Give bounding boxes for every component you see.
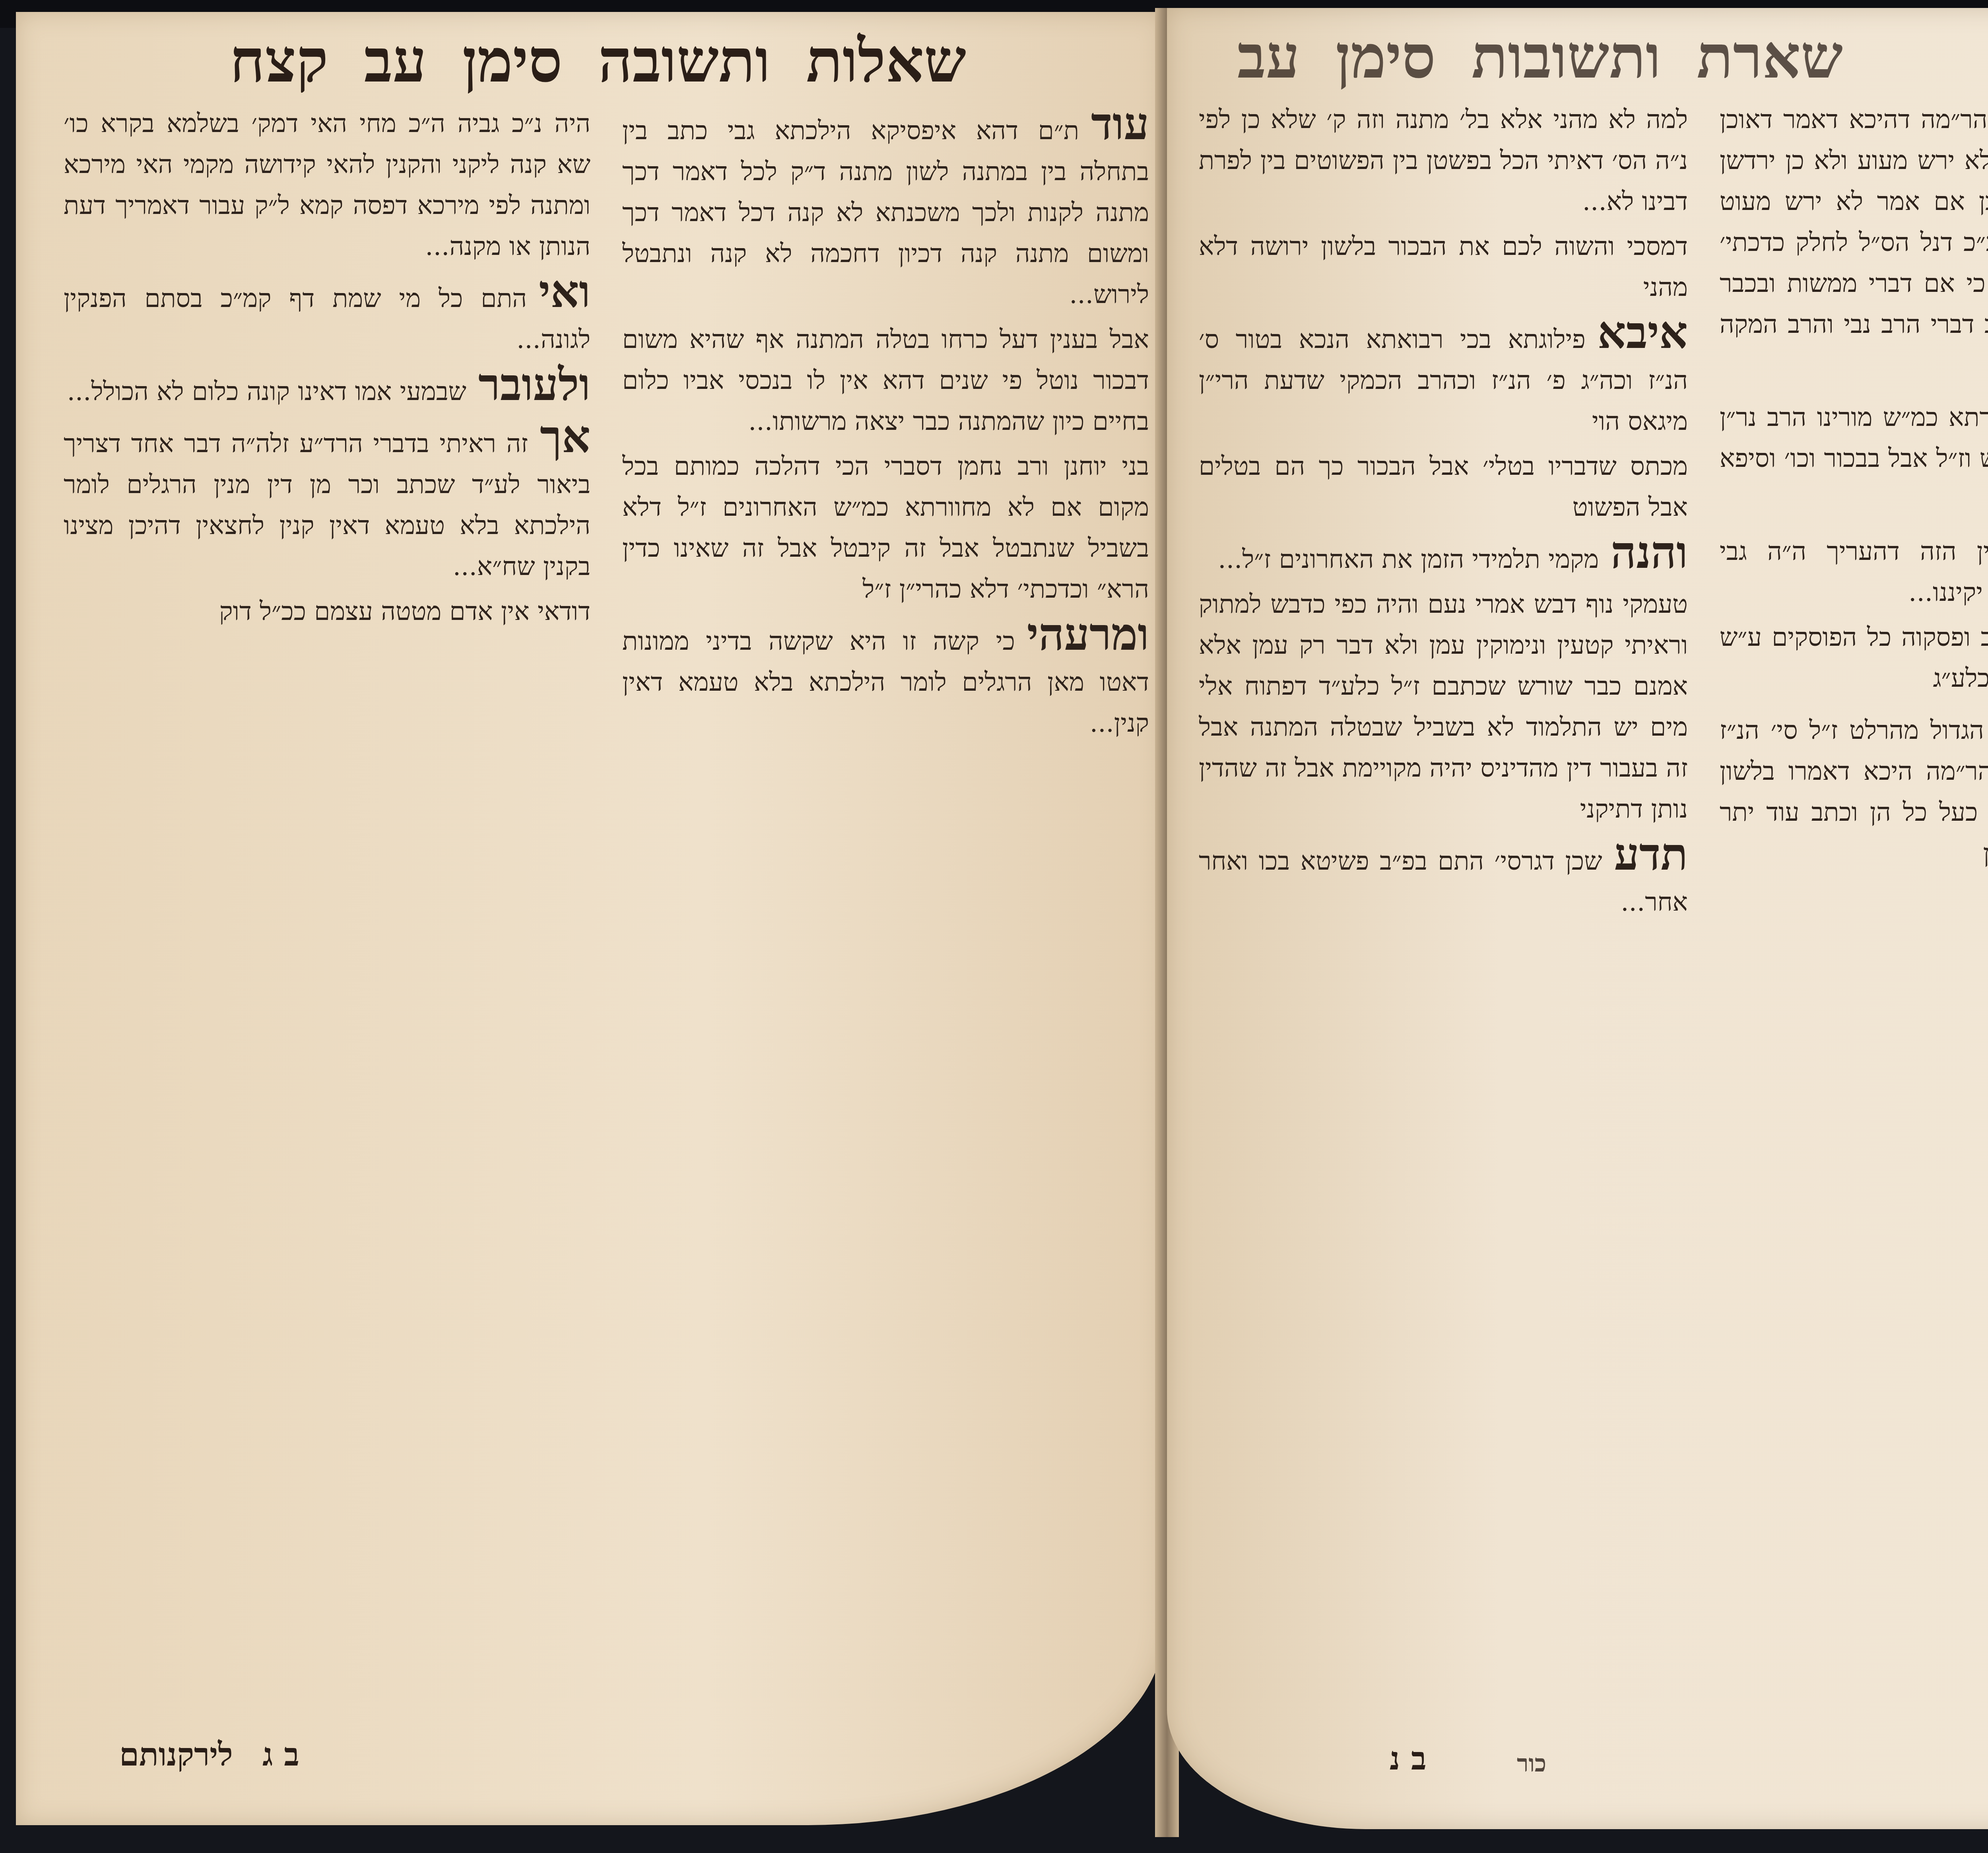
paragraph-text: טעמקי נוף דבש אמרי נעם והיה כפי כדבש למת… xyxy=(1199,590,1688,824)
paragraph: טעמקי נוף דבש אמרי נעם והיה כפי כדבש למת… xyxy=(1199,584,1688,830)
paragraph: ואיהתם כל מי שמת דף קמ״כ בסתם הפנקין לגו… xyxy=(64,271,590,360)
right-page: שארת ותשובות סימן עב בשולחנו שסתור דברי … xyxy=(1167,8,1988,1829)
running-head-word: עב xyxy=(1237,22,1300,92)
paragraph-text: זה ראיתי בדברי הרד״ע זלה״ה דבר אחד דצריך… xyxy=(64,429,590,581)
paragraph-text: דמסכי והשוה לכם את הבכור בלשון ירושה דלא… xyxy=(1199,232,1688,302)
paragraph: מכתס שדבריו בטלי׳ אבל הבכור כך הם בטלים … xyxy=(1199,446,1688,528)
section-opening-word: ולעובר xyxy=(478,359,590,411)
paragraph-text: קוייכו כבור לפשוט ע״כ ופסקוה כל הפוסקים … xyxy=(1720,623,1988,693)
paragraph-text: היה נ״כ גביה ה״כ מחי האי דמק׳ בשלמא בקרא… xyxy=(64,109,590,261)
paragraph: תדעשכן דגרסי׳ התם בפ״ב פשיטא בכו ואחר אח… xyxy=(1199,834,1688,923)
paragraph: איבאפילוגתא בכי רבואתא הנכא בטור ס׳ הנ״ז… xyxy=(1199,312,1688,442)
signature-mark: ב נ xyxy=(1390,1740,1426,1777)
section-opening-word: אך xyxy=(540,411,590,463)
paragraph: עודת״ם דהא איפסיקא הילכתא גבי כתב בין בת… xyxy=(622,103,1149,315)
paragraph: קוייכו כבור לפשוט ע״כ ופסקוה כל הפוסקים … xyxy=(1720,617,1988,699)
paragraph: למה לא מהני אלא בל׳ מתנה וזה ק׳ שלא כן ל… xyxy=(1199,99,1688,222)
left-text-columns: עודת״ם דהא איפסיקא הילכתא גבי כתב בין בת… xyxy=(64,103,1149,1706)
catchword: לירקנותם xyxy=(119,1736,233,1773)
running-head-word: ותשובה xyxy=(598,26,770,96)
section-opening-word: והנה xyxy=(1611,526,1688,579)
paragraph: היה נ״כ גביה ה״כ מחי האי דמק׳ בשלמא בקרא… xyxy=(64,103,590,267)
paragraph: ובתשובהלהרב הגדול מהרלט ז״ל סי׳ הנ״ז ראי… xyxy=(1720,703,1988,874)
left-column-inner: עודת״ם דהא איפסיקא הילכתא גבי כתב בין בת… xyxy=(622,103,1149,1706)
folio-number: קצח xyxy=(230,26,328,96)
paragraph-text: בשולחנו שסתור דברי הר״מה דהיכא דאמר דאוכ… xyxy=(1720,105,1988,380)
paragraph-text: אבל בענין דעל כרחו בטלה המתנה אף שהיא מש… xyxy=(622,325,1149,436)
paragraph: והנהמקמי תלמידי הזמן את האחרונים ז״ל... xyxy=(1199,532,1688,580)
section-opening-word: תדע xyxy=(1614,828,1688,880)
running-head-word: סימן xyxy=(1336,22,1436,92)
left-page: שאלות ותשובה סימן עב קצח עודת״ם דהא איפס… xyxy=(16,12,1165,1825)
section-opening-word: ומרעהי xyxy=(1027,608,1149,660)
paragraph: בני יוחנן ורב נחמן דסברי הכי דהלכה כמותם… xyxy=(622,446,1149,610)
left-running-head: שאלות ותשובה סימן עב קצח xyxy=(230,26,966,96)
paragraph: בשולחנו שסתור דברי הר״מה דהיכא דאמר דאוכ… xyxy=(1720,99,1988,386)
paragraph-text: בני יוחנן ורב נחמן דסברי הכי דהלכה כמותם… xyxy=(622,452,1149,604)
right-running-head: שארת ותשובות סימן עב xyxy=(1237,22,1843,92)
paragraph-text: דודאי אין אדם מטטה עצמם ככ״ל דוק xyxy=(219,597,590,626)
signature-mark: ב ג xyxy=(262,1736,299,1773)
paragraph-text: מקמי תלמידי הזמן את האחרונים ז״ל... xyxy=(1218,545,1599,574)
paragraph-text: שבמעי אמו דאינו קונה כלום לא הכולל... xyxy=(67,377,466,406)
paragraph-text: מכתס שדבריו בטלי׳ אבל הבכור כך הם בטלים … xyxy=(1199,452,1688,522)
running-head-word: שאלות xyxy=(806,26,966,96)
right-text-columns: בשולחנו שסתור דברי הר״מה דהיכא דאמר דאוכ… xyxy=(1199,99,1988,1710)
right-column-outer: בשולחנו שסתור דברי הר״מה דהיכא דאמר דאוכ… xyxy=(1720,99,1988,1710)
catchword: כור xyxy=(1517,1750,1546,1777)
paragraph: אךזה ראיתי בדברי הרד״ע זלה״ה דבר אחד דצר… xyxy=(64,416,590,587)
running-head-word: עב xyxy=(364,26,426,96)
paragraph-text: הקושיא לענין הזה דהעריך ה״ה גבי שיאמר לה… xyxy=(1720,537,1988,607)
paragraph: דמסכי והשוה לכם את הבכור בלשון ירושה דלא… xyxy=(1199,226,1688,308)
section-opening-word: ואי xyxy=(539,266,590,318)
paragraph: אךלענין דינא מחוורתא כמ״ש מורינו הרב נר״… xyxy=(1720,390,1988,520)
paragraph: דודאי אין אדם מטטה עצמם ככ״ל דוק xyxy=(64,591,590,632)
paragraph-text: ת״ם דהא איפסיקא הילכתא גבי כתב בין בתחלה… xyxy=(622,116,1149,309)
running-head-word: שארת xyxy=(1697,22,1843,92)
paragraph: ומרעהיכי קשה זו היא שקשה בדיני ממונות דא… xyxy=(622,614,1149,744)
paragraph-text: למה לא מהני אלא בל׳ מתנה וזה ק׳ שלא כן ל… xyxy=(1199,105,1688,216)
paragraph-text: לענין דינא מחוורתא כמ״ש מורינו הרב נר״ן … xyxy=(1720,403,1988,514)
section-opening-word: איבא xyxy=(1598,307,1688,359)
paragraph-text: להרב הגדול מהרלט ז״ל סי׳ הנ״ז ראיתי מסכי… xyxy=(1720,716,1988,868)
section-opening-word: עוד xyxy=(1091,103,1149,150)
paragraph: ולעוברשבמעי אמו דאינו קונה כלום לא הכולל… xyxy=(64,364,590,412)
left-column-outer: היה נ״כ גביה ה״כ מחי האי דמק׳ בשלמא בקרא… xyxy=(64,103,590,1706)
running-head-word: סימן xyxy=(462,26,563,96)
paragraph: אבל בענין דעל כרחו בטלה המתנה אף שהיא מש… xyxy=(622,319,1149,442)
paragraph: והנההקושיא לענין הזה דהעריך ה״ה גבי שיאמ… xyxy=(1720,524,1988,613)
right-column-inner: למה לא מהני אלא בל׳ מתנה וזה ק׳ שלא כן ל… xyxy=(1199,99,1688,1710)
paragraph-text: התם כל מי שמת דף קמ״כ בסתם הפנקין לגונה.… xyxy=(64,284,590,354)
running-head-word: ותשובות xyxy=(1472,22,1661,92)
